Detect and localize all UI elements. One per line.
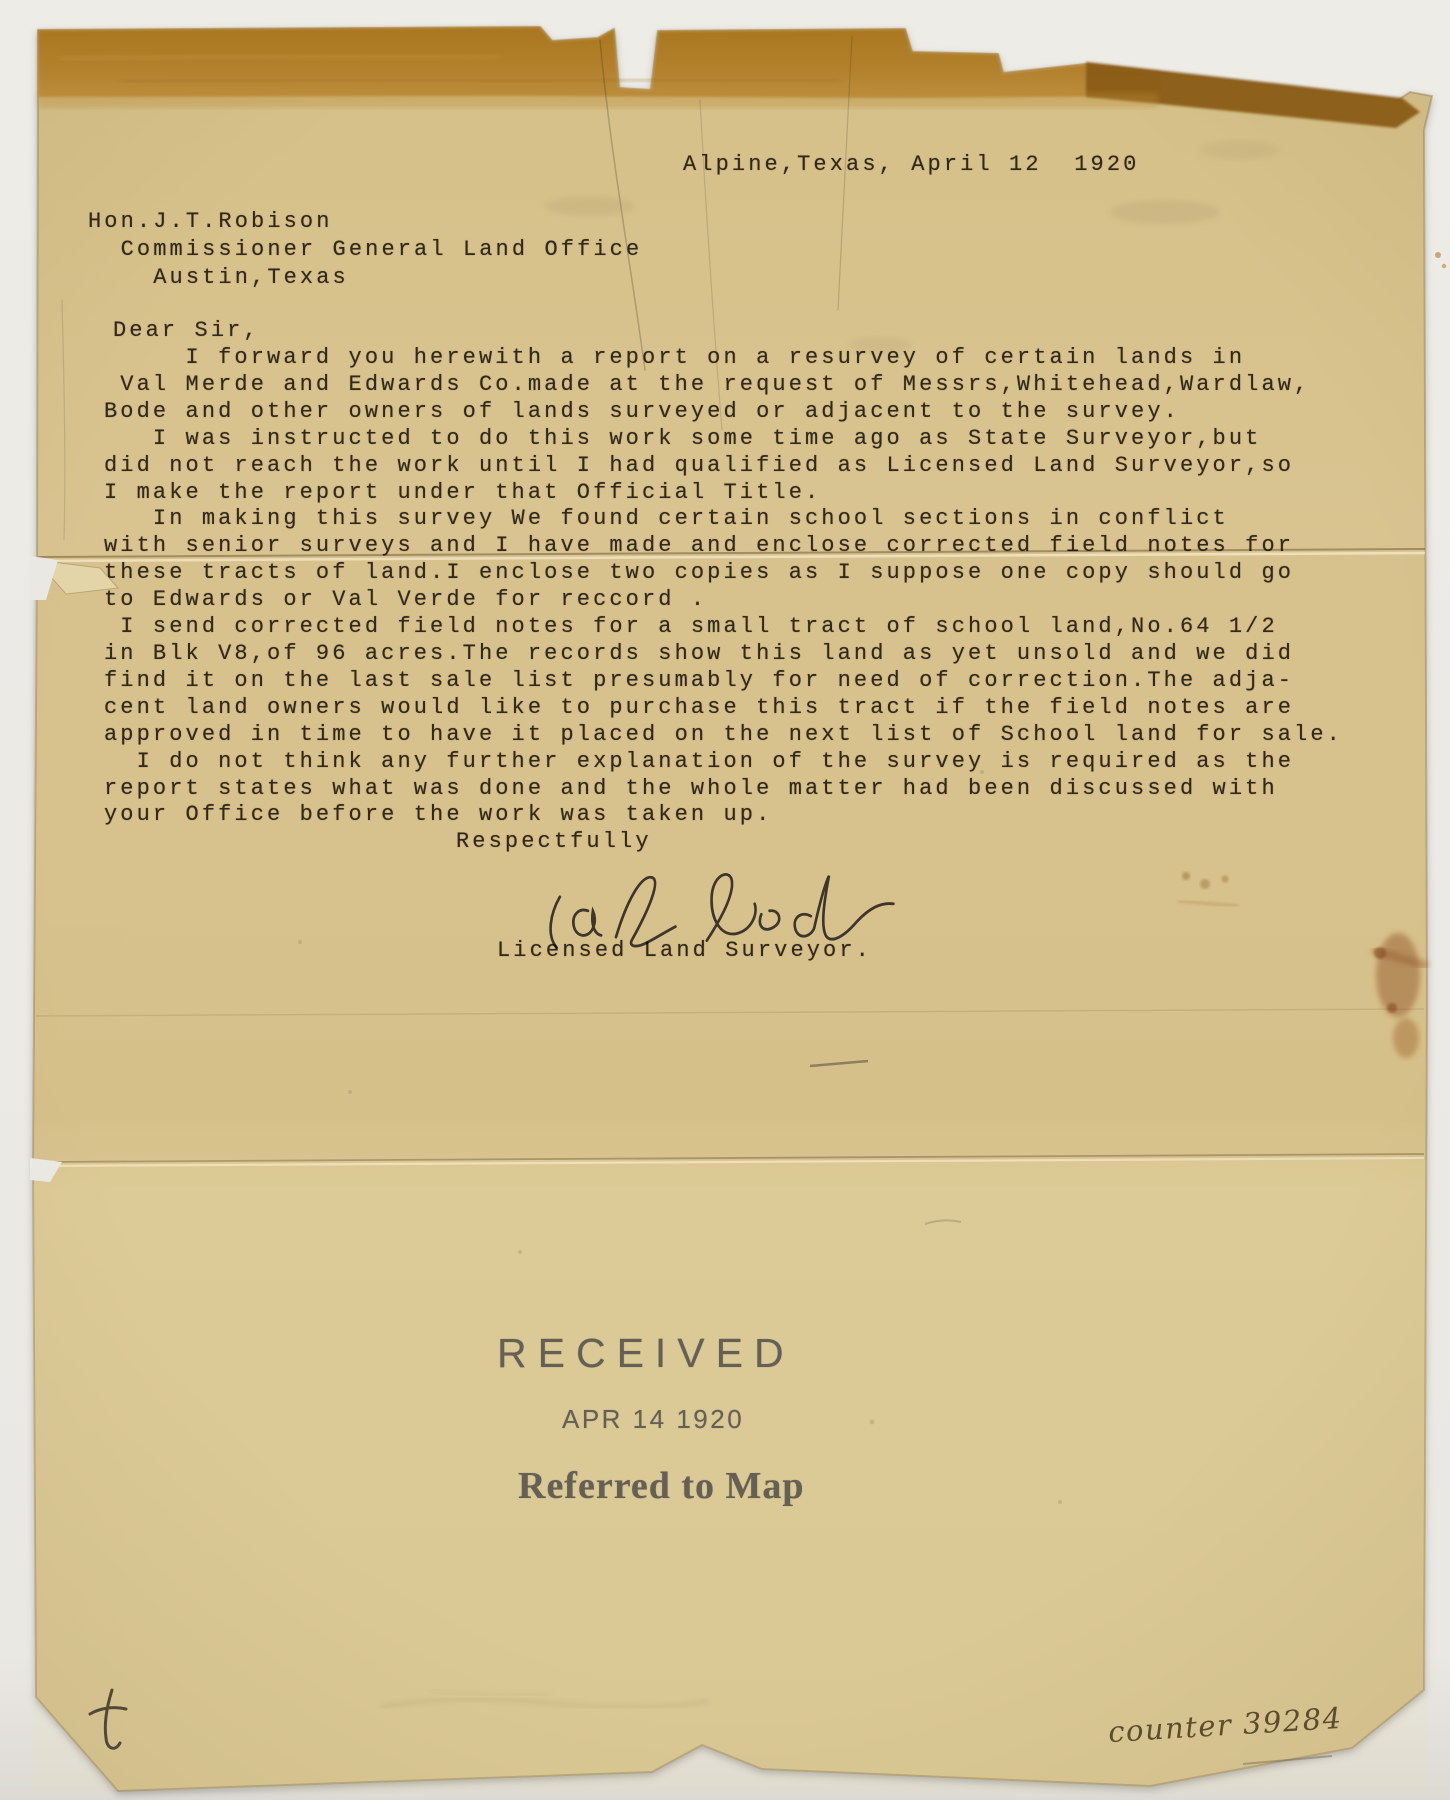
body-line: I send corrected field notes for a small…: [104, 614, 1343, 641]
body-line: find it on the last sale list presumably…: [104, 668, 1343, 695]
body-line: Bode and other owners of lands surveyed …: [104, 399, 1343, 426]
recipient-name: Hon.J.T.Robison: [88, 208, 642, 236]
signature-title: Licensed Land Surveyor.: [497, 938, 872, 963]
body-line: these tracts of land.I enclose two copie…: [104, 560, 1343, 587]
body-line: to Edwards or Val Verde for reccord .: [104, 587, 1343, 614]
handwritten-e-mark: [78, 1686, 138, 1760]
stamp-received-text: RECEIVED: [497, 1330, 795, 1377]
body-line: I make the report under that Official Ti…: [104, 480, 1343, 507]
stamp-referred-text: Referred to Map: [518, 1464, 805, 1508]
body-line: did not reach the work until I had quali…: [104, 453, 1343, 480]
body-line: I was instructed to do this work some ti…: [104, 426, 1343, 453]
closing: Respectfully: [456, 829, 652, 854]
recipient-block: Hon.J.T.Robison Commissioner General Lan…: [88, 208, 642, 292]
body-line: cent land owners would like to purchase …: [104, 695, 1343, 722]
salutation: Dear Sir,: [113, 318, 260, 343]
dateline: Alpine,Texas, April 12 1920: [683, 152, 1139, 177]
body-line: approved in time to have it placed on th…: [104, 722, 1343, 749]
body-line: report states what was done and the whol…: [104, 776, 1343, 803]
stamp-date-text: APR 14 1920: [562, 1404, 744, 1435]
body-line: Val Merde and Edwards Co.made at the req…: [104, 372, 1343, 399]
body-line: In making this survey We found certain s…: [104, 506, 1343, 533]
recipient-title: Commissioner General Land Office: [88, 236, 642, 264]
scanned-letter-canvas: Alpine,Texas, April 12 1920 Hon.J.T.Robi…: [0, 0, 1450, 1800]
body-line: I forward you herewith a report on a res…: [104, 345, 1343, 372]
body-line: I do not think any further explanation o…: [104, 749, 1343, 776]
body-line: your Office before the work was taken up…: [104, 802, 1343, 829]
body-line: with senior surveys and I have made and …: [104, 533, 1343, 560]
letter-body: I forward you herewith a report on a res…: [104, 345, 1343, 829]
recipient-city: Austin,Texas: [88, 264, 642, 292]
body-line: in Blk V8,of 96 acres.The records show t…: [104, 641, 1343, 668]
